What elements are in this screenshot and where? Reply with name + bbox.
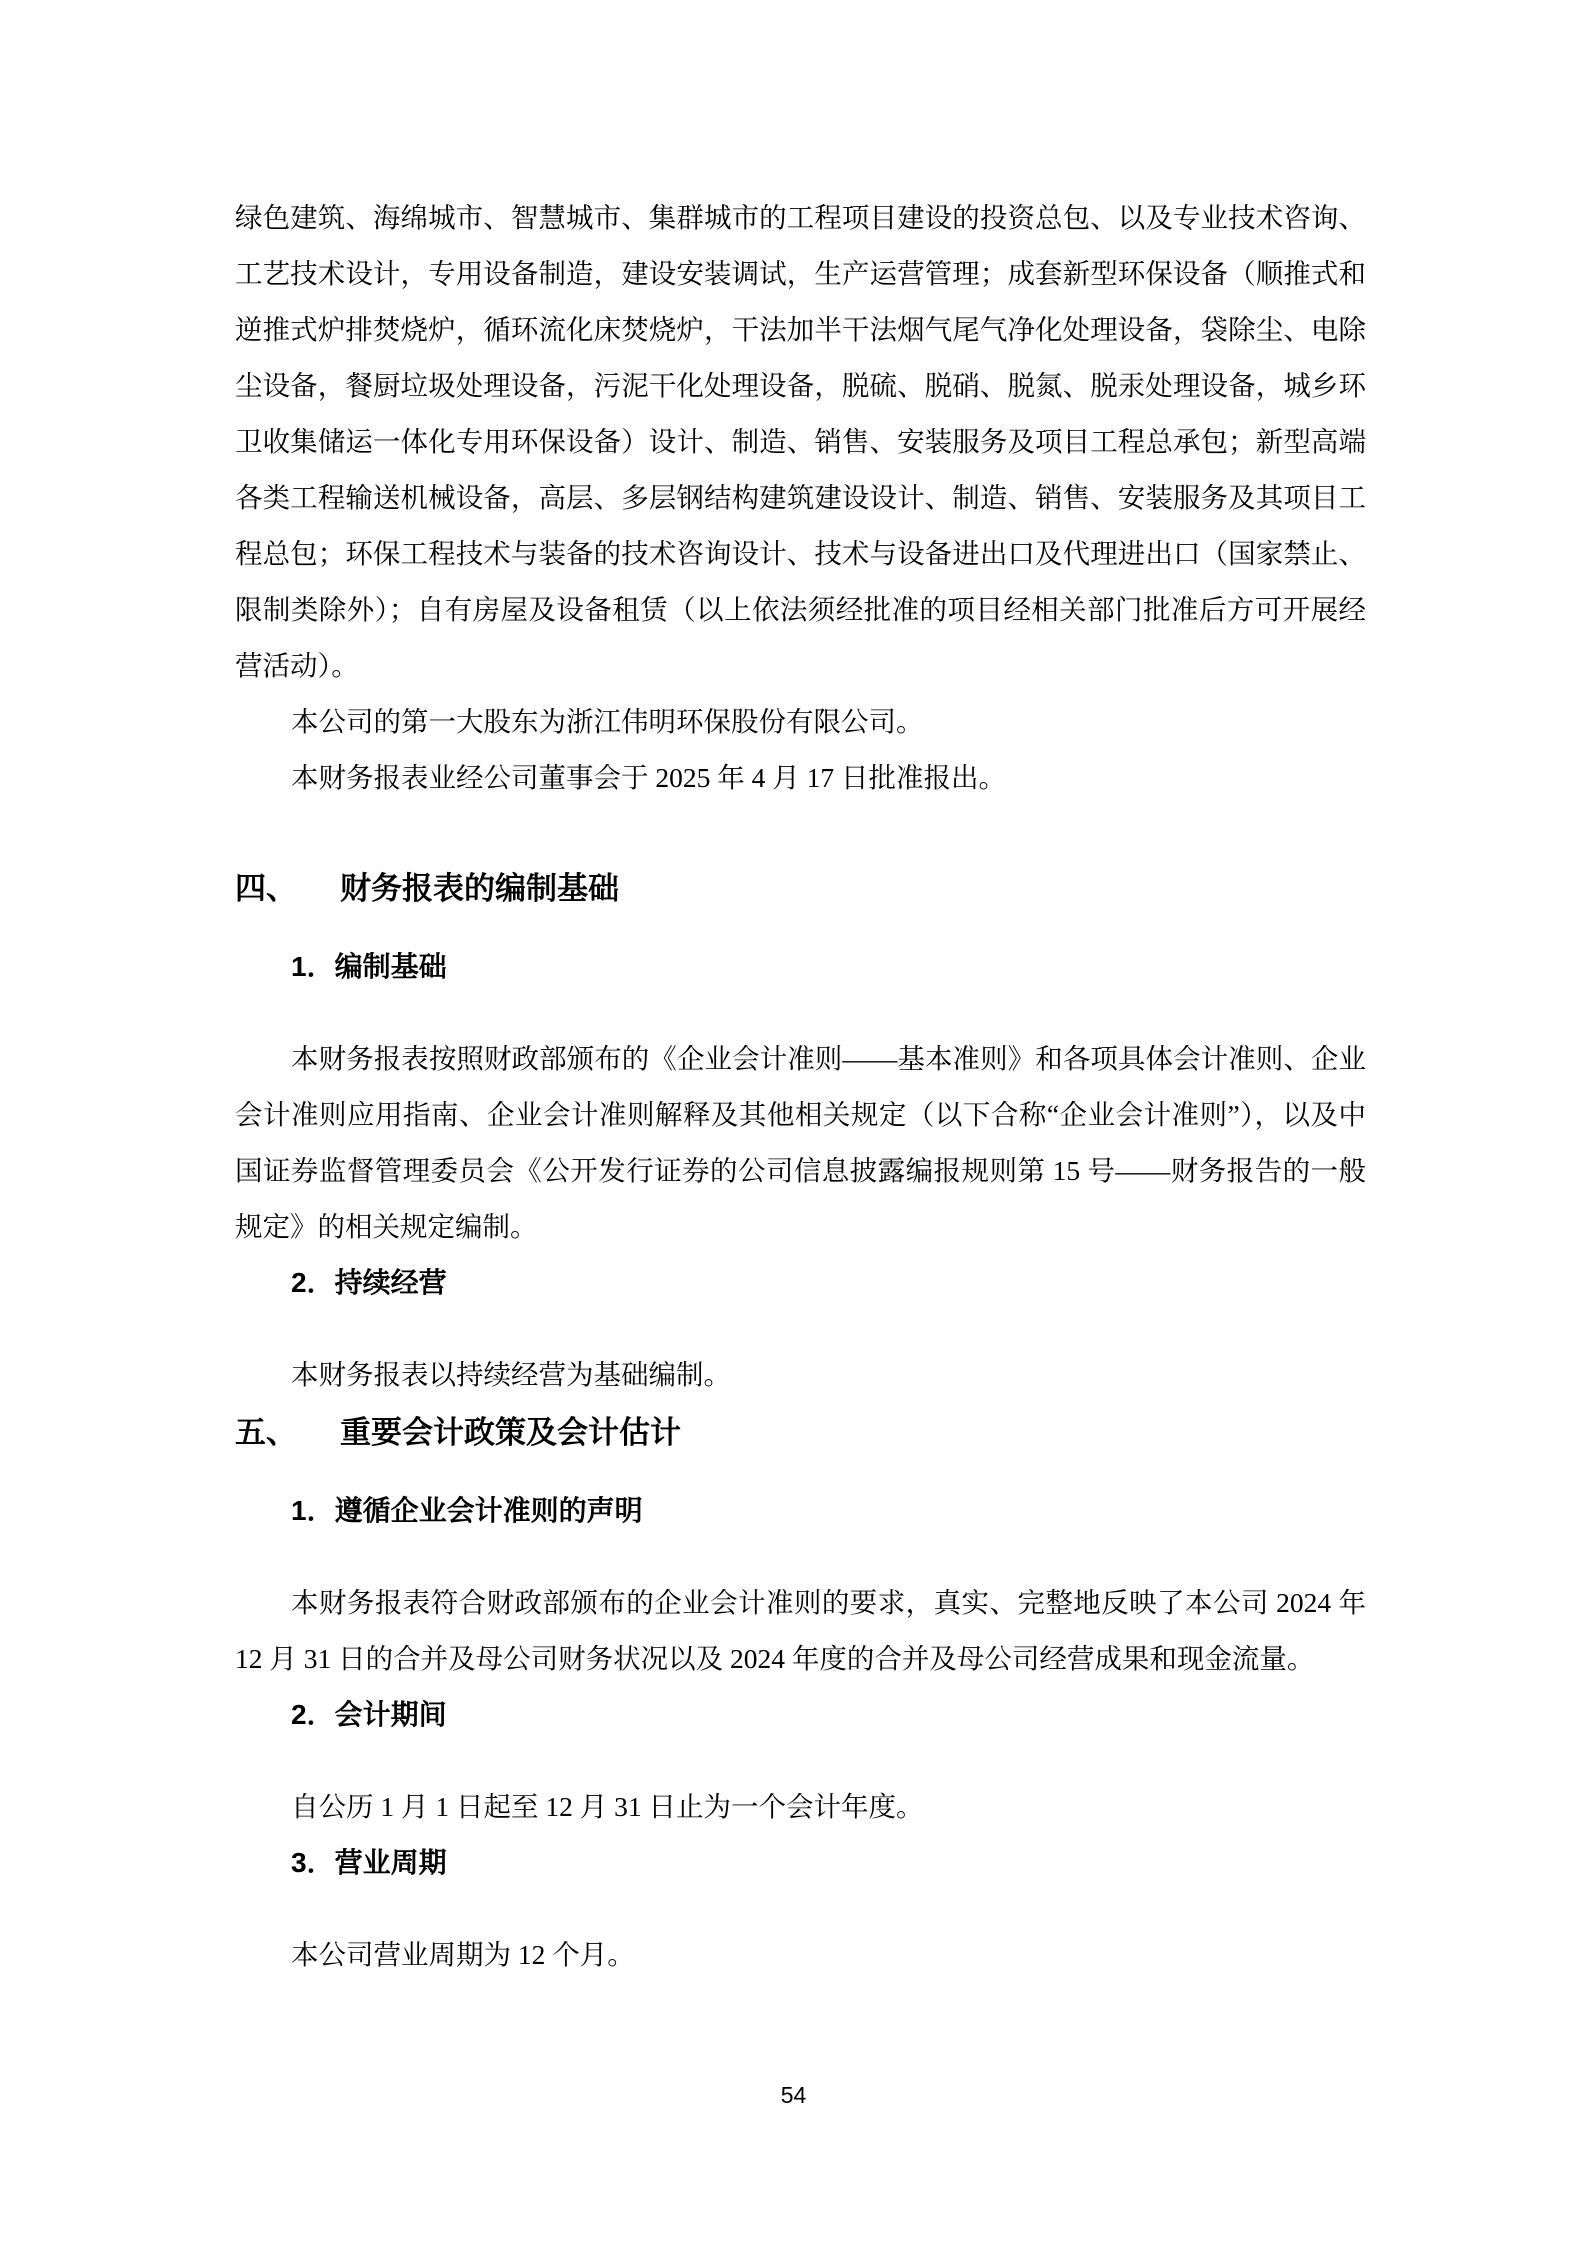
section-5-heading: 五、重要会计政策及会计估计 <box>235 1403 1366 1463</box>
paragraph-compliance-statement: 本财务报表符合财政部颁布的企业会计准则的要求，真实、完整地反映了本公司 2024… <box>235 1575 1366 1687</box>
paragraph-operating-cycle: 本公司营业周期为 12 个月。 <box>235 1927 1366 1983</box>
section-5-subheading-1: 1．遵循企业会计准则的声明 <box>235 1483 1366 1539</box>
section-5-subheading-3: 3．营业周期 <box>235 1835 1366 1891</box>
section-4-title: 财务报表的编制基础 <box>340 871 619 906</box>
section-5-subheading-2: 2．会计期间 <box>235 1687 1366 1743</box>
section-4-subheading-1: 1．编制基础 <box>235 939 1366 995</box>
paragraph-approval-statement: 本财务报表业经公司董事会于 2025 年 4 月 17 日批准报出。 <box>235 750 1366 806</box>
document-page: 绿色建筑、海绵城市、智慧城市、集群城市的工程项目建设的投资总包、以及专业技术咨询… <box>0 0 1587 2245</box>
paragraph-accounting-period: 自公历 1 月 1 日起至 12 月 31 日止为一个会计年度。 <box>235 1779 1366 1835</box>
page-number: 54 <box>0 2082 1587 2109</box>
paragraph-preparation-basis: 本财务报表按照财政部颁布的《企业会计准则——基本准则》和各项具体会计准则、企业会… <box>235 1031 1366 1255</box>
document-body: 绿色建筑、海绵城市、智慧城市、集群城市的工程项目建设的投资总包、以及专业技术咨询… <box>235 190 1366 1983</box>
paragraph-business-scope-continuation: 绿色建筑、海绵城市、智慧城市、集群城市的工程项目建设的投资总包、以及专业技术咨询… <box>235 190 1366 694</box>
paragraph-major-shareholder: 本公司的第一大股东为浙江伟明环保股份有限公司。 <box>235 694 1366 750</box>
section-5-title: 重要会计政策及会计估计 <box>340 1415 681 1450</box>
section-4-number: 四、 <box>235 859 340 919</box>
paragraph-going-concern: 本财务报表以持续经营为基础编制。 <box>235 1347 1366 1403</box>
section-4-heading: 四、财务报表的编制基础 <box>235 859 1366 919</box>
section-4-subheading-2: 2．持续经营 <box>235 1255 1366 1311</box>
section-5-number: 五、 <box>235 1403 340 1463</box>
